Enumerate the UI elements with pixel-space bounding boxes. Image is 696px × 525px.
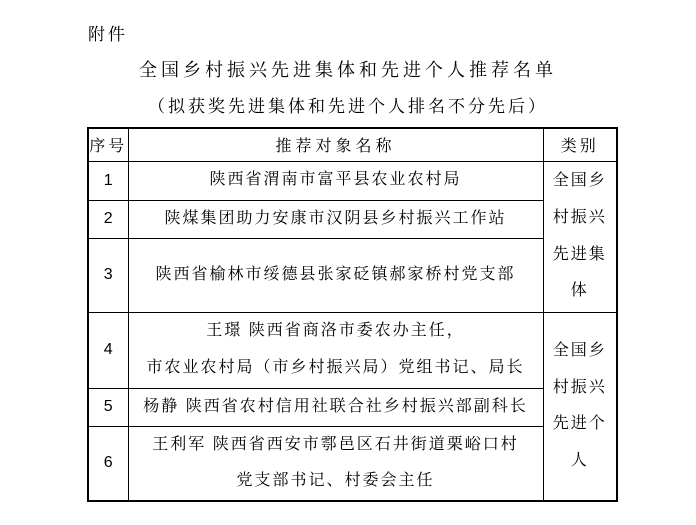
recommended-name-cell: 陕西省渭南市富平县农业农村局	[128, 161, 543, 200]
document-title: 全国乡村振兴先进集体和先进个人推荐名单	[60, 56, 636, 82]
recommended-name-cell: 王利军 陕西省西安市鄠邑区石井街道栗峪口村 党支部书记、村委会主任	[128, 426, 543, 501]
document-subtitle: （拟获奖先进集体和先进个人排名不分先后）	[60, 92, 636, 117]
serial-number-cell: 4	[88, 312, 128, 388]
table-header-row: 序号 推荐对象名称 类别	[88, 128, 617, 161]
table-row-3: 3 陕西省榆林市绥德县张家砭镇郝家桥村党支部	[88, 238, 617, 312]
category-label-collective: 全国乡村振兴先进集体	[549, 163, 611, 310]
category-label-individual: 全国乡村振兴先进个人	[549, 333, 611, 480]
table-row-2: 2 陕煤集团助力安康市汉阴县乡村振兴工作站	[88, 200, 617, 238]
document-page: 附件 全国乡村振兴先进集体和先进个人推荐名单 （拟获奖先进集体和先进个人排名不分…	[0, 0, 696, 525]
attachment-label: 附件	[88, 20, 128, 45]
category-cell-individual: 全国乡村振兴先进个人	[543, 312, 617, 501]
category-cell-collective: 全国乡村振兴先进集体	[543, 161, 617, 312]
serial-number-cell: 1	[88, 161, 128, 200]
recommended-name-cell: 杨静 陕西省农村信用社联合社乡村振兴部副科长	[128, 388, 543, 426]
table-row-6: 6 王利军 陕西省西安市鄠邑区石井街道栗峪口村 党支部书记、村委会主任	[88, 426, 617, 501]
header-serial-number: 序号	[88, 128, 128, 161]
serial-number-cell: 5	[88, 388, 128, 426]
serial-number-cell: 6	[88, 426, 128, 501]
table-row-5: 5 杨静 陕西省农村信用社联合社乡村振兴部副科长	[88, 388, 617, 426]
recommended-name-cell: 王璟 陕西省商洛市委农办主任， 市农业农村局（市乡村振兴局）党组书记、局长	[128, 312, 543, 388]
recommended-name-cell: 陕煤集团助力安康市汉阴县乡村振兴工作站	[128, 200, 543, 238]
table-row-4: 4 王璟 陕西省商洛市委农办主任， 市农业农村局（市乡村振兴局）党组书记、局长 …	[88, 312, 617, 388]
header-recommended-name: 推荐对象名称	[128, 128, 543, 161]
serial-number-cell: 2	[88, 200, 128, 238]
serial-number-cell: 3	[88, 238, 128, 312]
header-category: 类别	[543, 128, 617, 161]
recommendation-table: 序号 推荐对象名称 类别 1 陕西省渭南市富平县农业农村局 全国乡村振兴先进集体…	[87, 127, 618, 502]
recommended-name-cell: 陕西省榆林市绥德县张家砭镇郝家桥村党支部	[128, 238, 543, 312]
table-row-1: 1 陕西省渭南市富平县农业农村局 全国乡村振兴先进集体	[88, 161, 617, 200]
